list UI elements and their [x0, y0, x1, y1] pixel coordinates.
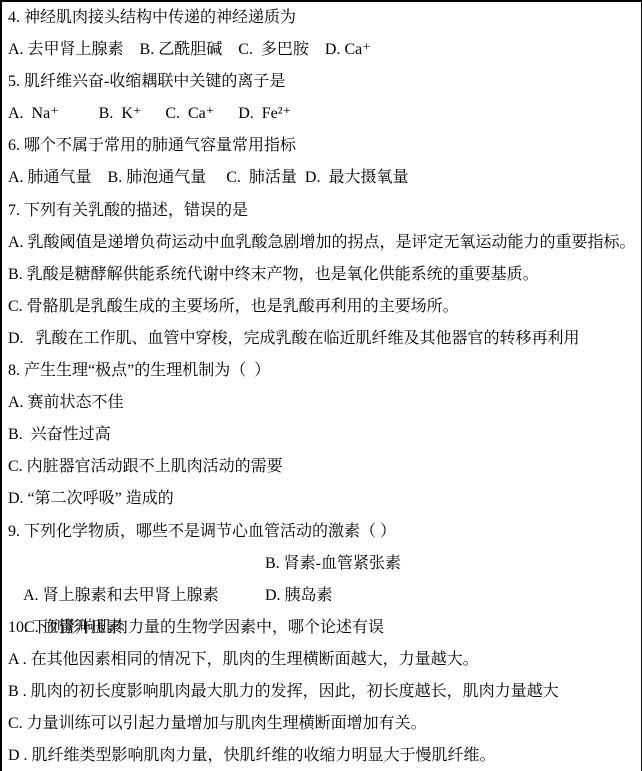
exam-document-page: 4. 神经肌肉接头结构中传递的神经递质为 A. 去甲肾上腺素 B. 乙酰胆碱 C…	[0, 0, 642, 771]
question-10-option-b: B . 肌肉的初长度影响肌肉最大肌力的发挥，因此，初长度越长，肌肉力量越大	[8, 676, 641, 708]
question-8-option-a: A. 赛前状态不佳	[8, 387, 641, 419]
question-7-option-d: D. 乳酸在工作肌、血管中穿梭，完成乳酸在临近肌纤维及其他器官的转移再利用	[8, 323, 641, 355]
question-7-option-c: C. 骨骼肌是乳酸生成的主要场所，也是乳酸再利用的主要场所。	[8, 291, 641, 323]
question-5-options: A. Na⁺ B. K⁺ C. Ca⁺ D. Fe²⁺	[8, 98, 641, 130]
question-9-stem: 9. 下列化学物质，哪些不是调节心血管活动的激素（ ）	[8, 516, 641, 548]
question-5-stem: 5. 肌纤维兴奋-收缩耦联中关键的离子是	[8, 66, 641, 98]
question-4-stem: 4. 神经肌肉接头结构中传递的神经递质为	[8, 2, 641, 34]
question-9-option-d: D. 胰岛素	[265, 580, 333, 612]
question-7-option-a: A. 乳酸阈值是递增负荷运动中血乳酸急剧增加的拐点，是评定无氧运动能力的重要指标…	[8, 227, 641, 259]
question-6-stem: 6. 哪个不属于常用的肺通气容量常用指标	[8, 130, 641, 162]
question-8-option-d: D. “第二次呼吸” 造成的	[8, 483, 641, 515]
question-8-option-c: C. 内脏器官活动跟不上肌肉活动的需要	[8, 451, 641, 483]
question-6-options: A. 肺通气量 B. 肺泡通气量 C. 肺活量 D. 最大摄氧量	[8, 162, 641, 194]
question-4-options: A. 去甲肾上腺素 B. 乙酰胆碱 C. 多巴胺 D. Ca⁺	[8, 34, 641, 66]
question-7-option-b: B. 乳酸是糖酵解供能系统代谢中终末产物，也是氧化供能系统的重要基质。	[8, 259, 641, 291]
question-7-stem: 7. 下列有关乳酸的描述，错误的是	[8, 195, 641, 227]
question-9-option-b: B. 肾素-血管紧张素	[265, 548, 401, 580]
question-10-option-c: C. 力量训练可以引起力量增加与肌肉生理横断面增加有关。	[8, 708, 641, 740]
question-10-option-d: D . 肌纤维类型影响肌肉力量，快肌纤维的收缩力明显大于慢肌纤维。	[8, 740, 641, 771]
question-8-stem: 8. 产生生理“极点”的生理机制为（ ）	[8, 355, 641, 387]
question-9-options-row-1: A. 肾上腺素和去甲肾上腺素 B. 肾素-血管紧张素	[8, 548, 641, 580]
question-8-option-b: B. 兴奋性过高	[8, 419, 641, 451]
question-10-stem: 10. 下列影响肌肉力量的生物学因素中，哪个论述有误	[8, 612, 641, 644]
question-9-options-row-2: C. 血管升压素 D. 胰岛素	[8, 580, 641, 612]
question-10-option-a: A . 在其他因素相同的情况下，肌肉的生理横断面越大，力量越大。	[8, 644, 641, 676]
